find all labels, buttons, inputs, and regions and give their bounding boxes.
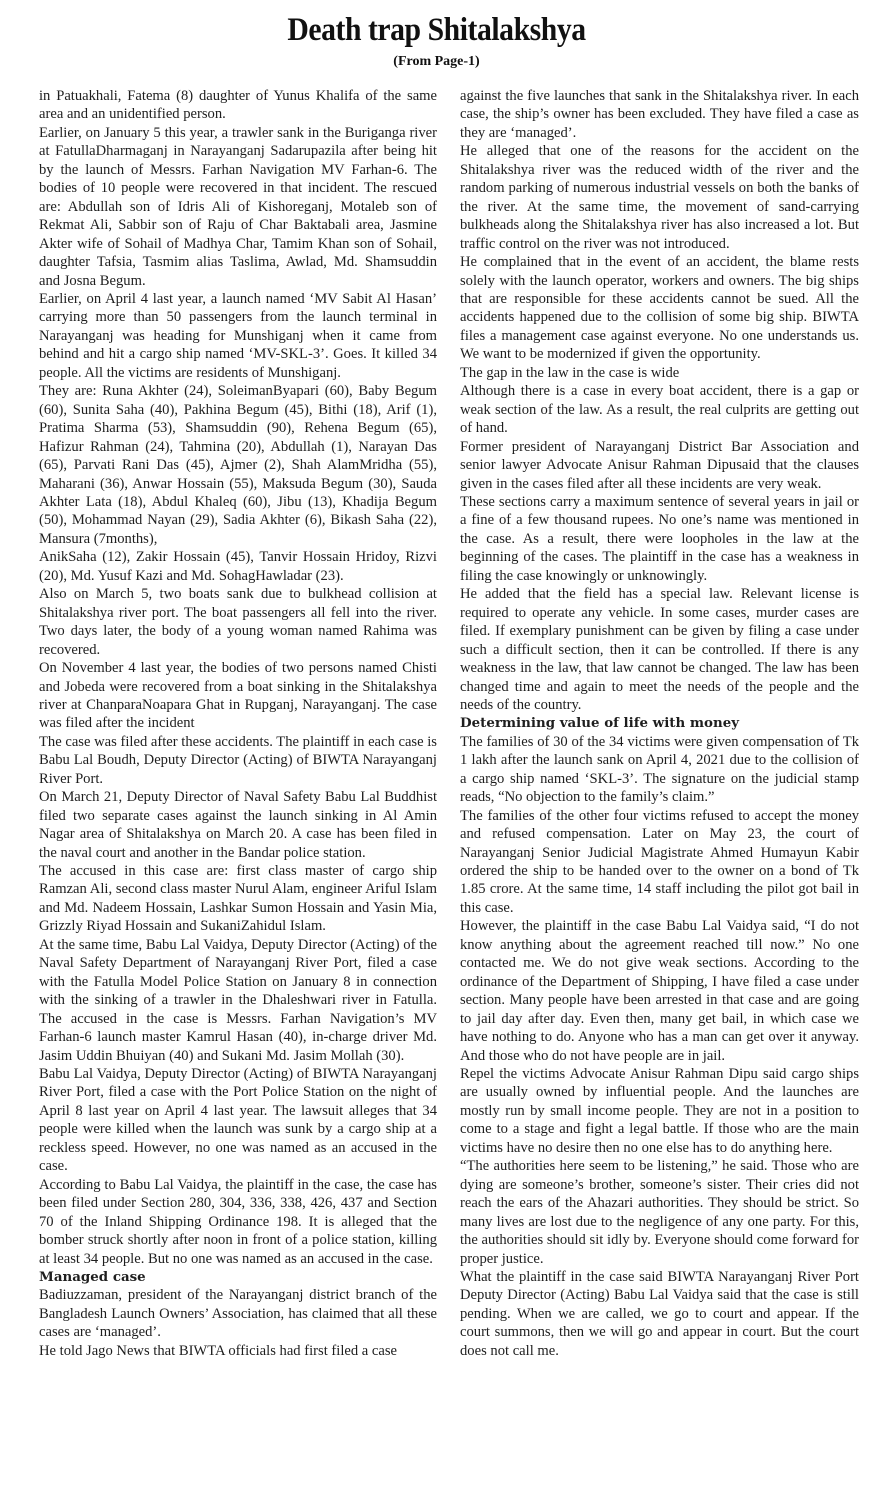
section-heading-managed-case: Managed case xyxy=(39,1268,437,1286)
paragraph: They are: Runa Akhter (24), SoleimanByap… xyxy=(39,382,437,548)
paragraph: Former president of Narayanganj District… xyxy=(460,438,859,493)
paragraph: The case was filed after these accidents… xyxy=(39,733,437,788)
paragraph: The families of the other four victims r… xyxy=(460,807,859,918)
right-column: against the five launches that sank in t… xyxy=(460,87,859,1360)
paragraph: On November 4 last year, the bodies of t… xyxy=(39,659,437,733)
paragraph: According to Babu Lal Vaidya, the plaint… xyxy=(39,1176,437,1268)
paragraph: AnikSaha (12), Zakir Hossain (45), Tanvi… xyxy=(39,548,437,585)
paragraph: against the five launches that sank in t… xyxy=(460,87,859,142)
section-heading-value-of-life: Determining value of life with money xyxy=(460,714,859,732)
paragraph: On March 21, Deputy Director of Naval Sa… xyxy=(39,788,437,862)
paragraph: The families of 30 of the 34 victims wer… xyxy=(460,733,859,807)
paragraph: The accused in this case are: first clas… xyxy=(39,862,437,936)
paragraph: in Patuakhali, Fatema (8) daughter of Yu… xyxy=(39,87,437,124)
paragraph: What the plaintiff in the case said BIWT… xyxy=(460,1268,859,1360)
paragraph: Although there is a case in every boat a… xyxy=(460,382,859,437)
paragraph: At the same time, Babu Lal Vaidya, Deput… xyxy=(39,936,437,1065)
paragraph: “The authorities here seem to be listeni… xyxy=(460,1157,859,1268)
paragraph: Repel the victims Advocate Anisur Rahman… xyxy=(460,1065,859,1157)
headline: Death trap Shitalakshya xyxy=(44,8,830,52)
paragraph: Earlier, on April 4 last year, a launch … xyxy=(39,290,437,382)
left-column: in Patuakhali, Fatema (8) daughter of Yu… xyxy=(39,87,437,1360)
paragraph: Also on March 5, two boats sank due to b… xyxy=(39,585,437,659)
paragraph: He complained that in the event of an ac… xyxy=(460,253,859,364)
section-line-gap-in-law: The gap in the law in the case is wide xyxy=(460,364,859,382)
paragraph: He told Jago News that BIWTA officials h… xyxy=(39,1342,437,1360)
paragraph: He added that the field has a special la… xyxy=(460,585,859,714)
paragraph: Badiuzzaman, president of the Narayangan… xyxy=(39,1286,437,1341)
continuation-label: (From Page-1) xyxy=(0,53,873,71)
paragraph: Babu Lal Vaidya, Deputy Director (Acting… xyxy=(39,1065,437,1176)
paragraph: Earlier, on January 5 this year, a trawl… xyxy=(39,124,437,290)
paragraph: These sections carry a maximum sentence … xyxy=(460,493,859,585)
paragraph: However, the plaintiff in the case Babu … xyxy=(460,917,859,1065)
paragraph: He alleged that one of the reasons for t… xyxy=(460,142,859,253)
